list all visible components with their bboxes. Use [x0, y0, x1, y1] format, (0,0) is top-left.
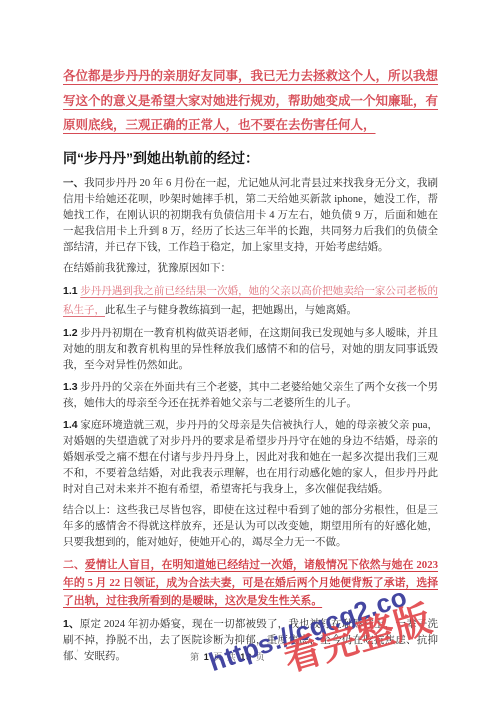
- item-1-1: 1.1 步丹丹遇到我之前已经结果一次婚，她的父亲以高价把她卖给一家公司老板的私生…: [63, 282, 438, 320]
- item-1-3-label: 1.3: [63, 381, 78, 393]
- section1-heading: 同“步丹丹”到她出轨前的经过：: [63, 149, 438, 168]
- item-1-4: 1.4 家庭环境造就三观，步丹丹的父母亲是失信被执行人，她的母亲被父亲 pua，…: [63, 417, 438, 498]
- item-1-4-text: 家庭环境造就三观，步丹丹的父母亲是失信被执行人，她的母亲被父亲 pua，对婚姻的…: [63, 420, 438, 495]
- item-1-2-text: 步丹丹初期在一教育机构做英语老师，在这期间我已发现她与多人暧昧，并且对她的朋友和…: [63, 328, 438, 371]
- item-1-1-label: 1.1: [63, 285, 78, 297]
- item-1-3-text: 步丹丹的父亲在外面共有三个老婆，其中二老婆给她父亲生了两个女孩一个男孩，她伟大的…: [63, 382, 438, 409]
- item-1-3: 1.3 步丹丹的父亲在外面共有三个老婆，其中二老婆给她父亲生了两个女孩一个男孩，…: [63, 379, 438, 412]
- section2-label: 二、: [63, 559, 85, 571]
- footer-prefix: 第: [190, 652, 200, 662]
- item-1-4-label: 1.4: [63, 419, 78, 431]
- document-page: 各位都是步丹丹的亲朋好友同事，我已无力去拯救这个人，所以我想写这个的意义是希望大…: [0, 0, 500, 707]
- item-1-1-rest: 此私生子与健身教练搞到一起，把她踢出，与她离婚。: [105, 305, 357, 316]
- para1-text: 我同步丹丹 20 年 6 月份在一起，尤记她从河北青县过来找我身无分文，我刷信用…: [63, 178, 438, 253]
- opening-notice-text: 各位都是步丹丹的亲朋好友同事，我已无力去拯救这个人，所以我想写这个的意义是希望大…: [63, 69, 438, 132]
- item-1-2-label: 1.2: [63, 327, 78, 339]
- para-hesitation: 在结婚前我犹豫过，犹豫原因如下：: [63, 261, 438, 277]
- para-summary: 结合以上：这些我已尽皆包容，即使在这过程中看到了她的部分劣根性，但是三年多的感情…: [63, 503, 438, 551]
- item-1-2: 1.2 步丹丹初期在一教育机构做英语老师，在这期间我已发现她与多人暧昧，并且对她…: [63, 325, 438, 374]
- para-aftermath-label: 1、: [63, 618, 80, 630]
- opening-notice: 各位都是步丹丹的亲朋好友同事，我已无力去拯救这个人，所以我想写这个的意义是希望大…: [63, 64, 438, 138]
- para1-label: 一、: [63, 177, 84, 189]
- page-content: 各位都是步丹丹的亲朋好友同事，我已无力去拯救这个人，所以我想写这个的意义是希望大…: [63, 64, 438, 670]
- para-relationship-history: 一、我同步丹丹 20 年 6 月份在一起，尤记她从河北青县过来找我身无分文，我刷…: [63, 175, 438, 256]
